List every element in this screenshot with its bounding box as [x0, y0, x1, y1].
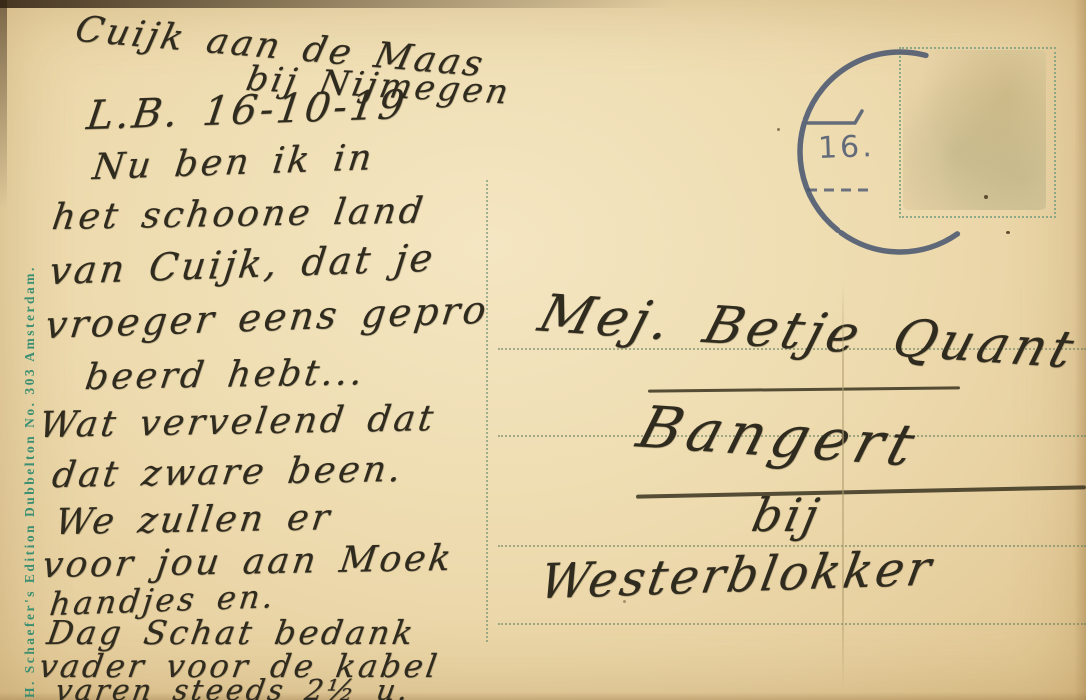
paper-speck [1006, 231, 1010, 234]
message-line: Nu ben ik in [91, 140, 377, 186]
postmark-tick-upper [808, 111, 862, 123]
address-line-town: Westerblokker [536, 544, 937, 606]
message-line: beerd hebt... [83, 355, 368, 396]
paper-speck [623, 600, 626, 603]
paper-speck [984, 195, 988, 199]
message-line: van Cuijk, dat je [47, 239, 437, 291]
scan-edge-shadow-left [0, 0, 7, 210]
address-guide-line [498, 623, 1086, 625]
address-divider-dotted-line [486, 180, 488, 642]
address-line-street: Bangert [632, 398, 927, 474]
paper-speck [777, 128, 780, 131]
address-line-name: Mej. Betje Quant [533, 288, 1082, 376]
postcard-back: H. Schaefer's Edition Dubbelton No. 303 … [0, 0, 1086, 700]
scan-edge-shadow-right [1074, 0, 1086, 700]
postmark-day-number: 16. [817, 129, 875, 166]
message-line: Dag Schat bedank [45, 616, 418, 649]
paper-crease [842, 282, 844, 692]
message-line: We zullen er [53, 500, 334, 541]
address-line: bij [748, 492, 825, 538]
message-line-date: L.B. 16-10-19 [84, 85, 409, 136]
message-line: vroeger eens gepro [43, 291, 491, 345]
pen-underline-stroke [648, 386, 960, 392]
message-line: varen steeds 2½ u. [53, 676, 412, 700]
scan-edge-shadow-top [0, 0, 673, 8]
message-line: Wat vervelend dat [37, 401, 438, 444]
message-line: het schoone land [50, 193, 428, 236]
message-line: dat zware been. [50, 452, 406, 494]
pen-underline-stroke [636, 485, 1086, 498]
